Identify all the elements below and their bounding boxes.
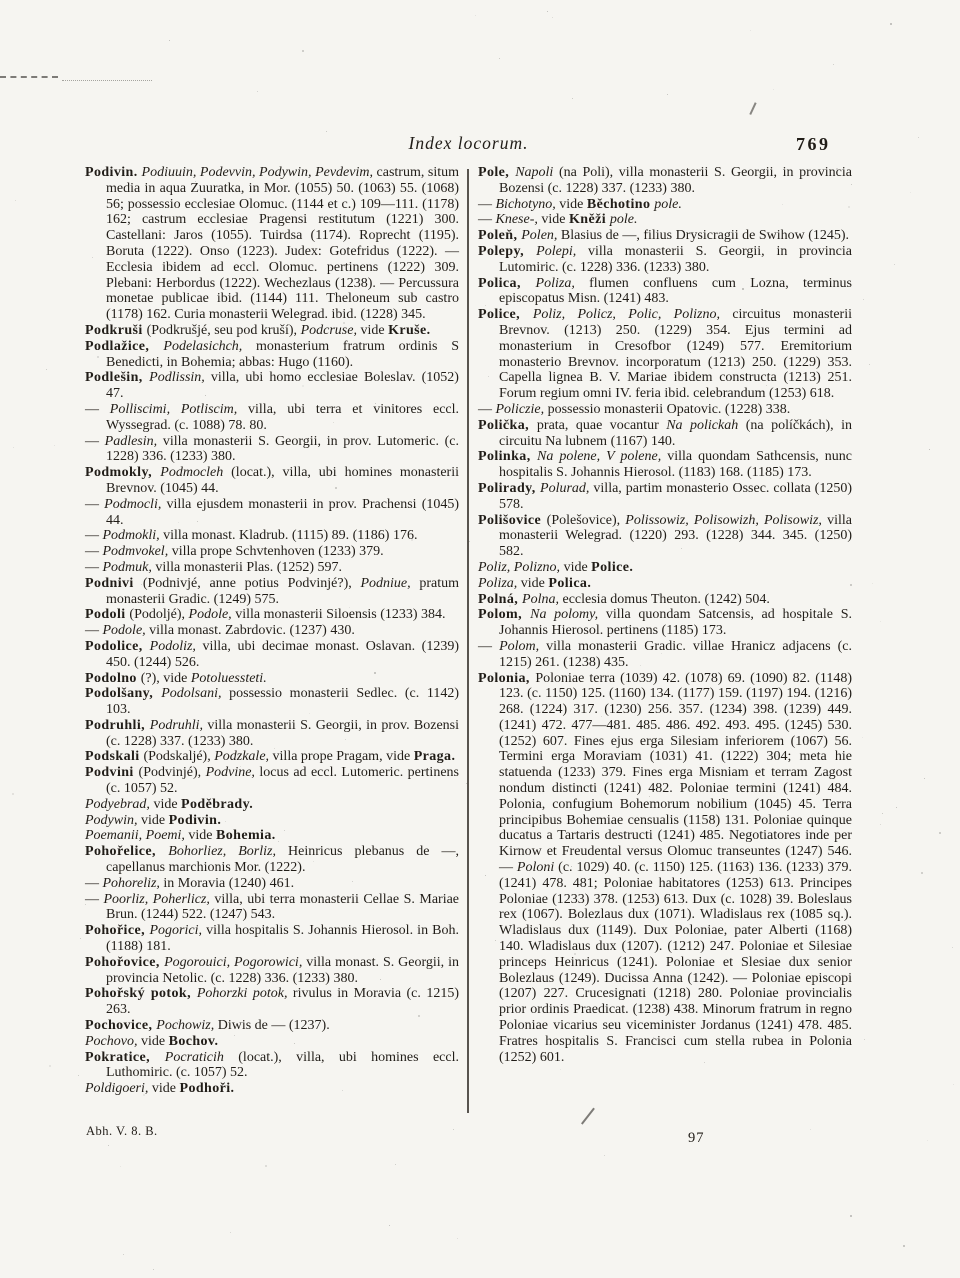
index-entry: Podruhli, Podruhli, villa monasterii S. … [85, 718, 459, 750]
index-entry: — Podmocli, villa ejusdem monasterii in … [85, 497, 459, 529]
variant-name: Podelasichch, [163, 339, 256, 354]
variant-name: Podlissin, [149, 370, 211, 385]
scan-dot-mark [62, 80, 152, 81]
entry-text: castrum, situm media in aqua Zuuratka, i… [106, 165, 459, 322]
variant-name: Poliz, Policz, Polic, Polizno, [533, 307, 733, 322]
entry-text: Diwis de — (1237). [218, 1018, 330, 1033]
headword: Podolšany, [85, 686, 161, 701]
variant-name: Podruhli, [150, 718, 208, 733]
scanned-book-page: Index locorum. 769 Podivin. Podiuuin, Po… [0, 0, 960, 1278]
index-entry: Pohořice, Pogorici, villa hospitalis S. … [85, 923, 459, 955]
variant-name: Pogorici, [149, 923, 206, 938]
subentry-dash: — [85, 623, 103, 638]
index-entry: — Padlesin, villa monasterii S. Georgii,… [85, 434, 459, 466]
index-entry: — Podmuk, villa monasterii Plas. (1252) … [85, 560, 459, 576]
index-entry: Podolšany, Podolsani, possessio monaster… [85, 686, 459, 718]
variant-name: pole. [654, 197, 682, 212]
subentry-dash: — [85, 497, 104, 512]
index-entry: — Podmokli, villa monast. Kladrub. (1115… [85, 528, 459, 544]
entry-text: vide [153, 797, 181, 812]
headword: Pohořovice, [85, 955, 164, 970]
variant-name: Pocraticih [165, 1050, 238, 1065]
variant-name: Pochovo, [85, 1034, 141, 1049]
variant-name: Polissowiz, Polisowizh, Polisowiz, [625, 513, 827, 528]
subentry-dash: — [85, 402, 110, 417]
headword: Polica, [478, 276, 536, 291]
entry-text: vide [541, 212, 569, 227]
index-entry: Polišovice (Polešovice), Polissowiz, Pol… [478, 513, 852, 560]
variant-name: Pogorouici, Pogorowici, [164, 955, 306, 970]
headword: Podmokly, [85, 465, 160, 480]
variant-name: Na polene, V polene, [537, 449, 667, 464]
subentry-dash: — [478, 639, 499, 654]
headword: Praga. [414, 749, 456, 764]
index-entry: Polirady, Polurad, villa, partim monaste… [478, 481, 852, 513]
scan-dash-mark [0, 76, 58, 78]
index-entry: — Knese-, vide Kněži pole. [478, 212, 852, 228]
index-entry: Polonia, Poloniae terra (1039) 42. (1078… [478, 671, 852, 1066]
variant-name: Polepi, [536, 244, 588, 259]
variant-name: Poloni [517, 860, 558, 875]
variant-name: Podolsani, [161, 686, 229, 701]
entry-text: Poloniae terra (1039) 42. (1078) 69. (10… [499, 671, 852, 876]
entry-text: ecclesia domus Theuton. (1242) 504. [562, 592, 769, 607]
entry-text: Blasius de —, filius Drysicragii de Swih… [561, 228, 849, 243]
variant-name: Padlesin, [105, 434, 163, 449]
variant-name: Poemanii, Poemi, [85, 828, 188, 843]
sheet-number: 97 [688, 1130, 705, 1147]
variant-name: Poorliz, Poherlicz, [104, 892, 215, 907]
entry-text: villa monast. Zabrdovic. (1237) 430. [149, 623, 355, 638]
headword: Polná, [478, 592, 522, 607]
index-entry: Pohořský potok, Pohorzki potok, rivulus … [85, 986, 459, 1018]
entry-text: in Moravia (1240) 461. [163, 876, 294, 891]
variant-name: Bohorliez, Borliz, [168, 844, 288, 859]
index-entry: Pokratice, Pocraticih (locat.), villa, u… [85, 1050, 459, 1082]
index-entry: Poliza, vide Polica. [478, 576, 852, 592]
headword: Podlešin, [85, 370, 149, 385]
headword: Pohořelice, [85, 844, 168, 859]
variant-name: Pohoreliz, [103, 876, 164, 891]
variant-name: Podoliz, [150, 639, 203, 654]
variant-name: Knese-, [496, 212, 542, 227]
index-entry: Pochovo, vide Bochov. [85, 1034, 459, 1050]
index-entry: Podolice, Podoliz, villa, ubi decimae mo… [85, 639, 459, 671]
headword: Bohemia. [216, 828, 276, 843]
subentry-dash: — [478, 402, 496, 417]
headword: Polirady, [478, 481, 540, 496]
index-entry: Podnivi (Podnivjé, anne potius Podvinjé?… [85, 576, 459, 608]
index-entry: Pohořovice, Pogorouici, Pogorowici, vill… [85, 955, 459, 987]
subentry-dash: — [85, 876, 103, 891]
index-entry: Podivin. Podiuuin, Podevvin, Podywin, Pe… [85, 165, 459, 323]
subentry-dash: — [85, 528, 103, 543]
index-entry: — Polliscimi, Potliscim, villa, ubi terr… [85, 402, 459, 434]
entry-text: (?), vide [141, 671, 191, 686]
headword: Police. [591, 560, 633, 575]
index-entry: Police, Poliz, Policz, Polic, Polizno, c… [478, 307, 852, 402]
scan-slash-mark [749, 102, 756, 114]
entry-text: villa monasterii Plas. (1252) 597. [155, 560, 342, 575]
entry-text: vide [564, 560, 592, 575]
entry-text: villa monast. Kladrub. (1115) 89. (1186)… [163, 528, 417, 543]
headword: Pohořský potok, [85, 986, 197, 1001]
variant-name: Pochowiz, [156, 1018, 217, 1033]
variant-name: Poliza, [478, 576, 521, 591]
variant-name: Podzkale, [214, 749, 272, 764]
index-entry: Podyebrad, vide Poděbrady. [85, 797, 459, 813]
variant-name: Podniue, [360, 576, 419, 591]
subentry-dash: — [85, 892, 104, 907]
headword: Podvini [85, 765, 139, 780]
variant-name: Polurad, [540, 481, 593, 496]
headword: Kněži [569, 212, 610, 227]
variant-name: Polen, [521, 228, 561, 243]
entry-text: vide [188, 828, 216, 843]
entry-text: villa prope Schvtenhoven (1233) 379. [172, 544, 384, 559]
index-entry: Podoli (Podoljé), Podole, villa monaster… [85, 607, 459, 623]
index-entry: Polinka, Na polene, V polene, villa quon… [478, 449, 852, 481]
running-title: Index locorum. [85, 133, 852, 154]
variant-name: Poliz, Polizno, [478, 560, 564, 575]
headword: Pochovice, [85, 1018, 156, 1033]
entry-text: villa monasterii Siloensis (1233) 384. [235, 607, 445, 622]
scan-slash-mark [581, 1108, 594, 1125]
page-number: 769 [796, 134, 831, 155]
headword: Podolice, [85, 639, 150, 654]
entry-text: (Podvinjé), [139, 765, 206, 780]
column-divider-rule [467, 169, 469, 1113]
headword: Pole, [478, 165, 515, 180]
entry-text: villa prope Pragam, vide [273, 749, 414, 764]
index-entry: — Poorliz, Poherlicz, villa, ubi terra m… [85, 892, 459, 924]
headword: Podruhli, [85, 718, 150, 733]
entry-text: (Podkrušjé, seu pod kruší), [147, 323, 301, 338]
index-entry: Podolno (?), vide Potoluessteti. [85, 671, 459, 687]
variant-name: Napoli [515, 165, 559, 180]
headword: Polinka, [478, 449, 537, 464]
headword: Podkruši [85, 323, 147, 338]
variant-name: Podywin, [85, 813, 141, 828]
footer-signature: Abh. V. 8. B. [86, 1124, 158, 1139]
headword: Podolno [85, 671, 141, 686]
index-entry: — Pohoreliz, in Moravia (1240) 461. [85, 876, 459, 892]
variant-name: Podcruse, [301, 323, 361, 338]
headword: Podnivi [85, 576, 143, 591]
index-entry: Podkruši (Podkrušjé, seu pod kruší), Pod… [85, 323, 459, 339]
subentry-dash: — [85, 434, 105, 449]
index-entry: — Bichotyno, vide Běchotino pole. [478, 197, 852, 213]
entry-text: vide [559, 197, 587, 212]
headword: Běchotino [587, 197, 654, 212]
headword: Pokratice, [85, 1050, 165, 1065]
headword: Podivin. [85, 165, 142, 180]
entry-text: vide [521, 576, 549, 591]
index-entry: Polepy, Polepi, villa monasterii S. Geor… [478, 244, 852, 276]
variant-name: Na polickah [666, 418, 746, 433]
variant-name: Podole, [103, 623, 150, 638]
subentry-dash: — [478, 212, 496, 227]
index-entry: Poliz, Polizno, vide Police. [478, 560, 852, 576]
variant-name: Podiuuin, Podevvin, Podywin, Pevdevim, [142, 165, 377, 180]
variant-name: Podmocli, [104, 497, 166, 512]
index-entry: — Polom, villa monasterii Gradic. villae… [478, 639, 852, 671]
index-entry: Podskali (Podskaljé), Podzkale, villa pr… [85, 749, 459, 765]
entry-text: (Podskaljé), [143, 749, 214, 764]
index-entry: — Podole, villa monast. Zabrdovic. (1237… [85, 623, 459, 639]
variant-name: Bichotyno, [496, 197, 560, 212]
subentry-dash: — [478, 197, 496, 212]
index-entry: Pohořelice, Bohorliez, Borliz, Heinricus… [85, 844, 459, 876]
variant-name: Poldigoeri, [85, 1081, 152, 1096]
entry-text: (Podnivjé, anne potius Podvinjé?), [143, 576, 361, 591]
variant-name: Poliza, [536, 276, 590, 291]
entry-text: (Polešovice), [547, 513, 626, 528]
variant-name: Pohorzki potok, [197, 986, 293, 1001]
index-entry: Poemanii, Poemi, vide Bohemia. [85, 828, 459, 844]
index-entry: — Podmvokel, villa prope Schvtenhoven (1… [85, 544, 459, 560]
headword: Kruše. [388, 323, 430, 338]
headword: Poleň, [478, 228, 521, 243]
variant-name: Podmuk, [103, 560, 156, 575]
entry-text: vide [152, 1081, 180, 1096]
entry-text: vide [141, 813, 169, 828]
entry-text: vide [141, 1034, 169, 1049]
variant-name: Podvine, [206, 765, 260, 780]
index-column-right: Pole, Napoli (na Poli), villa monasterii… [478, 165, 852, 1065]
variant-name: Potoluessteti. [191, 671, 267, 686]
headword: Pohořice, [85, 923, 149, 938]
headword: Polepy, [478, 244, 536, 259]
variant-name: Polliscimi, Potliscim, [110, 402, 248, 417]
index-column-left: Podivin. Podiuuin, Podevvin, Podywin, Pe… [85, 165, 459, 1097]
headword: Poděbrady. [181, 797, 253, 812]
variant-name: Podmokli, [103, 528, 164, 543]
variant-name: Podmocleh [160, 465, 231, 480]
variant-name: Policzie, [496, 402, 548, 417]
entry-text: prata, quae vocantur [537, 418, 666, 433]
headword: Podlažice, [85, 339, 163, 354]
entry-text: (Podoljé), [129, 607, 188, 622]
index-entry: Pole, Napoli (na Poli), villa monasterii… [478, 165, 852, 197]
headword: Police, [478, 307, 533, 322]
variant-name: Podmvokel, [103, 544, 172, 559]
headword: Podoli [85, 607, 129, 622]
variant-name: pole. [610, 212, 638, 227]
index-entry: Podvini (Podvinjé), Podvine, locus ad ec… [85, 765, 459, 797]
headword: Bochov. [169, 1034, 219, 1049]
headword: Polička, [478, 418, 537, 433]
index-entry: Podywin, vide Podivin. [85, 813, 459, 829]
index-entry: Poldigoeri, vide Podhoři. [85, 1081, 459, 1097]
headword: Polom, [478, 607, 530, 622]
variant-name: Polna, [522, 592, 562, 607]
subentry-dash: — [85, 544, 103, 559]
entry-text: villa monasterii Gradic. villae Hranicz … [499, 639, 852, 670]
headword: Polonia, [478, 671, 535, 686]
index-entry: Polička, prata, quae vocantur Na policka… [478, 418, 852, 450]
index-entry: Podlešin, Podlissin, villa, ubi homo ecc… [85, 370, 459, 402]
entry-text: vide [360, 323, 388, 338]
headword: Podhoři. [180, 1081, 235, 1096]
entry-text: possessio monasterii Opatovic. (1228) 33… [548, 402, 791, 417]
index-entry: Poleň, Polen, Blasius de —, filius Drysi… [478, 228, 852, 244]
headword: Podivin. [169, 813, 222, 828]
headword: Polica. [548, 576, 591, 591]
variant-name: Podole, [189, 607, 236, 622]
variant-name: Na polomy, [530, 607, 606, 622]
subentry-dash: — [85, 560, 103, 575]
index-entry: Podmokly, Podmocleh (locat.), villa, ubi… [85, 465, 459, 497]
index-entry: — Policzie, possessio monasterii Opatovi… [478, 402, 852, 418]
index-entry: Polica, Poliza, flumen confluens cum Loz… [478, 276, 852, 308]
headword: Podskali [85, 749, 143, 764]
variant-name: Polom, [499, 639, 546, 654]
index-entry: Polná, Polna, ecclesia domus Theuton. (1… [478, 592, 852, 608]
headword: Polišovice [478, 513, 547, 528]
index-entry: Polom, Na polomy, villa quondam Satcensi… [478, 607, 852, 639]
index-entry: Podlažice, Podelasichch, monasterium fra… [85, 339, 459, 371]
entry-text: (c. 1029) 40. (c. 1150) 125. (1163) 136.… [499, 860, 852, 1065]
variant-name: Podyebrad, [85, 797, 153, 812]
index-entry: Pochovice, Pochowiz, Diwis de — (1237). [85, 1018, 459, 1034]
